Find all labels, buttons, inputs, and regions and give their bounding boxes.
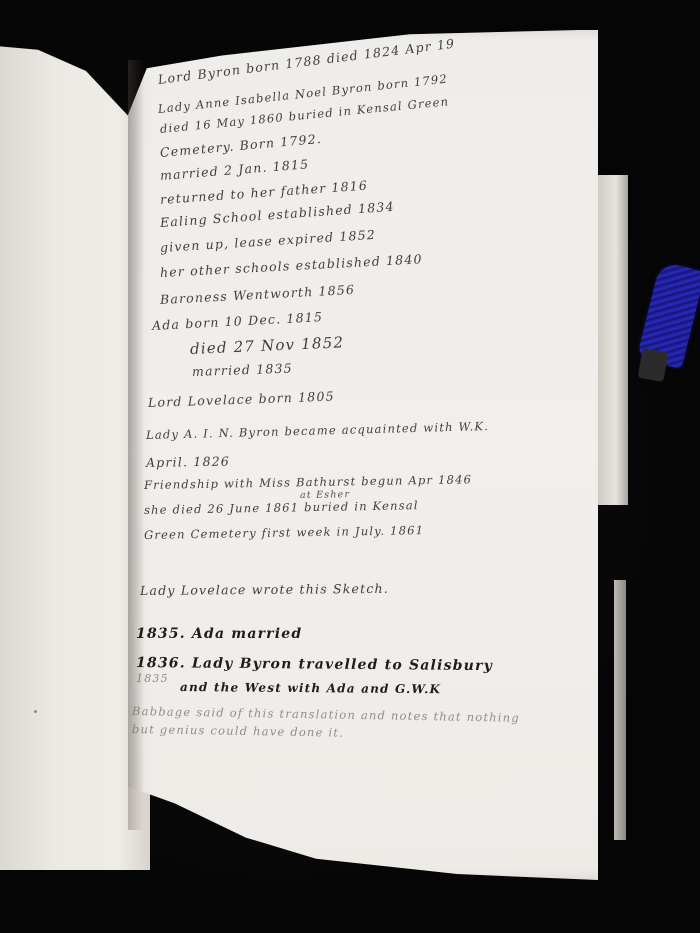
photo-background: Lord Byron born 1788 died 1824 Apr 19 La… [0, 0, 700, 933]
handwritten-line: 1836. Lady Byron travelled to Salisbury [136, 655, 493, 674]
handwritten-line: April. 1826 [146, 454, 230, 470]
page-speck [34, 710, 37, 713]
handwritten-line: Lady Lovelace wrote this Sketch. [140, 581, 389, 598]
handwritten-line: and the West with Ada and G.W.K [180, 680, 441, 696]
faint-year-note: 1835 [136, 672, 169, 685]
loose-page-edge [598, 175, 628, 505]
ribbon-end [638, 348, 669, 382]
handwritten-line: 1835. Ada married [136, 626, 302, 642]
loose-page-edge-lower [614, 580, 626, 840]
